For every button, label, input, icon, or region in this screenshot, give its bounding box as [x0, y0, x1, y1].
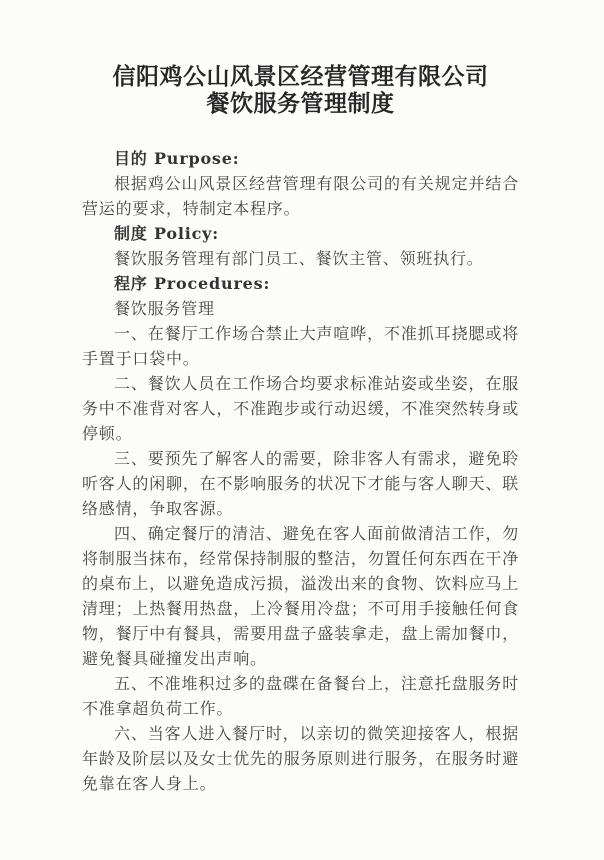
procedures-heading: 程序 Procedures: [82, 271, 519, 296]
section-purpose: 目的 Purpose: 根据鸡公山风景区经营管理有限公司的有关规定并结合营运的要… [82, 146, 519, 221]
procedure-item-1: 一、在餐厅工作场合禁止大声喧哗，不准抓耳挠腮或将手置于口袋中。 [82, 321, 519, 371]
procedure-item-4: 四、确定餐厅的清洁、避免在客人面前做清洁工作，勿将制服当抹布，经常保持制服的整洁… [82, 521, 519, 671]
procedure-item-6: 六、当客人进入餐厅时，以亲切的微笑迎接客人，根据年龄及阶层以及女士优先的服务原则… [82, 721, 519, 796]
section-procedures: 程序 Procedures: 餐饮服务管理 一、在餐厅工作场合禁止大声喧哗，不准… [82, 271, 519, 796]
policy-heading: 制度 Policy: [82, 221, 519, 246]
purpose-paragraph: 根据鸡公山风景区经营管理有限公司的有关规定并结合营运的要求，特制定本程序。 [82, 171, 519, 221]
title-line-subject: 餐饮服务管理制度 [82, 91, 519, 118]
document-page: 信阳鸡公山风景区经营管理有限公司 餐饮服务管理制度 目的 Purpose: 根据… [0, 0, 604, 860]
document-body: 目的 Purpose: 根据鸡公山风景区经营管理有限公司的有关规定并结合营运的要… [82, 146, 519, 796]
title-line-company: 信阳鸡公山风景区经营管理有限公司 [82, 64, 519, 91]
procedure-item-2: 二、餐饮人员在工作场合均要求标准站姿或坐姿，在服务中不准背对客人，不准跑步或行动… [82, 371, 519, 446]
purpose-heading: 目的 Purpose: [82, 146, 519, 171]
procedure-item-5: 五、不准堆积过多的盘碟在备餐台上，注意托盘服务时不准拿超负荷工作。 [82, 671, 519, 721]
procedures-intro: 餐饮服务管理 [82, 296, 519, 321]
procedure-item-3: 三、要预先了解客人的需要，除非客人有需求，避免聆听客人的闲聊，在不影响服务的状况… [82, 446, 519, 521]
document-title: 信阳鸡公山风景区经营管理有限公司 餐饮服务管理制度 [82, 64, 519, 118]
policy-paragraph: 餐饮服务管理有部门员工、餐饮主管、领班执行。 [82, 246, 519, 271]
section-policy: 制度 Policy: 餐饮服务管理有部门员工、餐饮主管、领班执行。 [82, 221, 519, 271]
